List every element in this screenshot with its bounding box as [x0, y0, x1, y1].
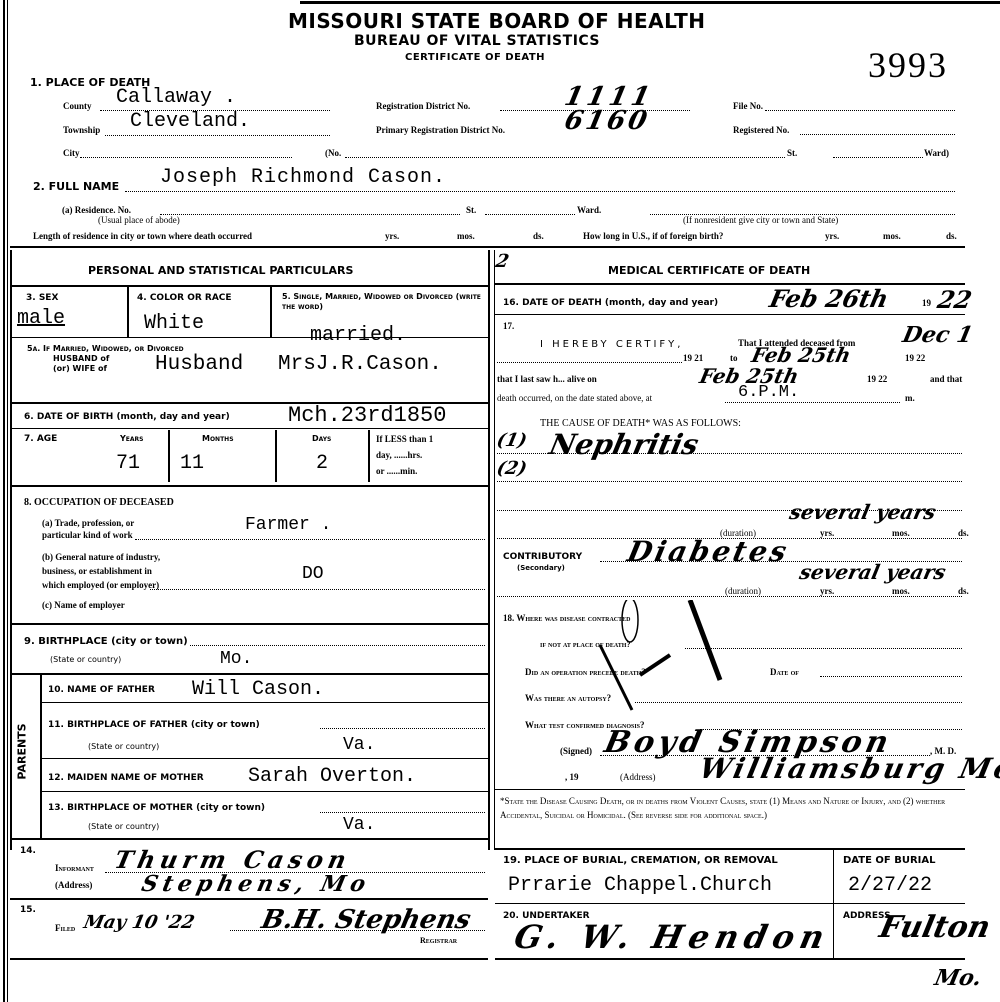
age-years-label: Years — [120, 434, 143, 443]
marital-label: 5. Single, Married, Widowed or Divorced … — [282, 292, 482, 312]
occurred-label: death occurred, on the date stated above… — [497, 393, 652, 403]
registration-district-label: Registration District No. — [376, 101, 470, 111]
rule-mother-name — [40, 791, 488, 792]
father-birthplace-line — [320, 728, 485, 729]
cause-2-line — [497, 481, 962, 482]
cause-2-num: (2) — [495, 458, 529, 479]
mother-name-label: 12. MAIDEN NAME OF MOTHER — [48, 773, 204, 783]
certificate-number: 3993 — [868, 44, 948, 86]
burial-date-value: 2/27/22 — [848, 874, 932, 897]
less-than-day-1: If LESS than 1 — [376, 434, 433, 444]
age-label: 7. AGE — [24, 434, 57, 444]
age-days-label: Days — [312, 434, 331, 443]
rule-father-name — [40, 702, 488, 703]
nineteen-label: , 19 — [565, 772, 579, 782]
file-no-line — [765, 110, 955, 111]
duration-primary-yrs: yrs. — [820, 528, 834, 538]
trade-value: Farmer . — [245, 515, 331, 535]
physician-address-label: (Address) — [620, 772, 656, 782]
date-of-death-year-prefix: 19 — [922, 298, 931, 308]
rule-physician — [495, 789, 965, 790]
foreign-yrs: yrs. — [825, 231, 839, 241]
spouse-name: MrsJ.R.Cason. — [278, 353, 442, 376]
filed-num: 15. — [20, 905, 36, 915]
center-col-border — [488, 250, 490, 850]
duration-secondary-yrs: yrs. — [820, 586, 834, 596]
rule-birthplace — [10, 673, 488, 675]
rule-date-of-death — [495, 314, 965, 315]
duration-secondary: several years — [797, 560, 948, 584]
mother-birthplace-line — [320, 812, 485, 813]
residence-ward-label: Ward. — [577, 205, 601, 215]
time-line — [725, 402, 900, 403]
informant-label: Informant — [55, 863, 94, 873]
last-saw-label: that I last saw h... alive on — [497, 374, 597, 384]
township-line — [105, 135, 330, 136]
time-m: m. — [905, 393, 915, 403]
industry-label-1: (b) General nature of industry, — [42, 552, 160, 562]
last-saw-year: 19 22 — [867, 374, 887, 384]
secondary-label: (Secondary) — [517, 564, 565, 572]
registrar-label: Registrar — [420, 936, 457, 945]
residence-label: (a) Residence. No. — [62, 205, 131, 215]
rule-burial — [495, 903, 965, 904]
nonresident-note: (If nonresident give city or town and St… — [683, 215, 838, 225]
birthplace-line — [190, 645, 485, 646]
foreign-birth-label: How long in U.S., if of foreign birth? — [583, 231, 723, 241]
industry-label-3: which employed (or employer) — [42, 580, 159, 590]
full-name-label: 2. FULL NAME — [33, 180, 119, 193]
registrar-signature: B.H. Stephens — [259, 905, 474, 935]
foreign-mos: mos. — [883, 231, 901, 241]
registered-no-label: Registered No. — [733, 125, 789, 135]
to-year: 19 22 — [905, 353, 925, 363]
page-left-border — [3, 0, 5, 1002]
primary-registration-value: 6160 — [562, 106, 653, 136]
rule-age — [10, 485, 488, 487]
page-left-border-inner — [7, 0, 8, 1002]
duration-secondary-ds: ds. — [958, 586, 969, 596]
city-line — [80, 157, 292, 158]
county-value: Callaway . — [116, 86, 236, 109]
rule-father-birthplace — [40, 758, 488, 759]
city-st-label: St. — [787, 148, 797, 158]
informant-num: 14. — [20, 846, 36, 856]
rule-medical-title — [495, 283, 965, 285]
industry-line — [150, 589, 485, 590]
contributory-label: CONTRIBUTORY — [503, 552, 582, 562]
less-than-day-3: or ......min. — [376, 466, 417, 476]
right-col-border — [494, 250, 495, 850]
parents-divider — [40, 673, 42, 838]
operation-date-line — [820, 676, 962, 677]
township-label: Township — [63, 125, 100, 135]
less-than-day-2: day, ......hrs. — [376, 450, 422, 460]
undertaker-address: Fulton — [876, 910, 993, 945]
father-name-label: 10. NAME OF FATHER — [48, 685, 155, 695]
form-doc-type: CERTIFICATE OF DEATH — [405, 52, 545, 63]
duration-primary: several years — [787, 500, 938, 524]
undertaker-signature: G. W. Hendon — [511, 918, 834, 956]
city-label: City — [63, 148, 80, 158]
rule-dob — [10, 428, 488, 429]
top-rule — [300, 1, 1000, 4]
race-value: White — [144, 312, 204, 335]
duration-primary-mos: mos. — [892, 528, 910, 538]
undertaker-address-state: Mo. — [932, 965, 984, 991]
trade-label-1: (a) Trade, profession, or — [42, 518, 134, 528]
operation-date-label: Date of — [770, 667, 799, 677]
rule-after-name — [10, 246, 965, 248]
sex-divider — [127, 285, 129, 337]
age-divider-1 — [168, 430, 170, 482]
medical-section-title: MEDICAL CERTIFICATE OF DEATH — [608, 264, 810, 277]
city-ward-line — [833, 157, 923, 158]
age-years-value: 71 — [116, 452, 140, 475]
father-birthplace-label: 11. BIRTHPLACE OF FATHER (city or town) — [48, 720, 260, 730]
registered-no-line — [800, 134, 955, 135]
residence-st-label: St. — [466, 205, 476, 215]
attended-from: Dec 1 — [900, 322, 975, 348]
residence-sublabel: (Usual place of abode) — [98, 215, 180, 225]
city-no-label: (No. — [325, 148, 341, 158]
rule-parents-bottom — [10, 838, 488, 840]
dob-label: 6. DATE OF BIRTH (month, day and year) — [24, 412, 230, 422]
burial-place-value: Prrarie Chappel.Church — [508, 874, 772, 897]
item17: 17. — [503, 321, 514, 331]
medical-corner-mark: 2 — [494, 251, 511, 272]
age-divider-3 — [368, 430, 370, 482]
filed-date: May 10 '22 — [82, 912, 197, 933]
length-residence-label: Length of residence in city or town wher… — [33, 231, 252, 241]
spouse-label-3: (or) WIFE of — [53, 364, 107, 373]
birthplace-state-value: Mo. — [220, 649, 252, 669]
rule-footnote — [495, 848, 965, 850]
contributory-value: Diabetes — [624, 535, 792, 568]
date-of-death-label: 16. DATE OF DEATH (month, day and year) — [503, 298, 718, 308]
physician-address: Williamsburg Mo — [696, 752, 1000, 785]
cause-1-line — [497, 453, 962, 454]
spouse-label-1: 5a. If Married, Widowed, or Divorced — [27, 344, 184, 353]
length-mos: mos. — [457, 231, 475, 241]
township-value: Cleveland. — [130, 110, 250, 133]
duration-primary-ds: ds. — [958, 528, 969, 538]
rule-informant — [10, 898, 488, 900]
rule-personal-title — [10, 285, 488, 287]
sex-label: 3. SEX — [26, 293, 58, 303]
residence-st-line — [485, 214, 575, 215]
from-year: 19 21 — [683, 353, 703, 363]
age-months-label: Months — [202, 434, 234, 443]
length-yrs: yrs. — [385, 231, 399, 241]
race-divider — [270, 285, 272, 337]
age-days-value: 2 — [316, 452, 328, 475]
mother-state-value: Va. — [343, 815, 375, 835]
marital-value: married. — [310, 324, 406, 347]
cause-1-num: (1) — [495, 430, 529, 451]
signed-label: (Signed) — [560, 746, 592, 756]
age-months-value: 11 — [180, 452, 204, 475]
primary-registration-label: Primary Registration District No. — [376, 125, 505, 135]
full-name-line — [125, 191, 955, 192]
personal-section-title: PERSONAL AND STATISTICAL PARTICULARS — [88, 264, 353, 277]
dob-value: Mch.23rd1850 — [288, 403, 446, 428]
length-ds: ds. — [533, 231, 544, 241]
date-of-death-value: Feb 26th — [767, 284, 891, 313]
cause-1-value: Nephritis — [546, 428, 701, 461]
foreign-ds: ds. — [946, 231, 957, 241]
to-label: to — [730, 353, 738, 363]
father-state-label: (State or country) — [88, 742, 159, 751]
race-label: 4. COLOR OR RACE — [137, 293, 232, 303]
birthplace-label: 9. BIRTHPLACE (city or town) — [24, 636, 188, 647]
city-ward-label: Ward) — [924, 148, 949, 158]
certify-lead: I HEREBY CERTIFY, — [540, 339, 683, 350]
form-subtitle: BUREAU OF VITAL STATISTICS — [354, 33, 600, 49]
informant-name: Thurm Cason — [112, 845, 354, 874]
father-state-value: Va. — [343, 735, 375, 755]
city-no-line — [345, 157, 785, 158]
footnote: *State the Disease Causing Death, or in … — [500, 794, 965, 822]
occupation-label: 8. OCCUPATION OF DECEASED — [24, 497, 174, 508]
full-name-value: Joseph Richmond Cason. — [160, 166, 446, 189]
parents-side-label: PARENTS — [16, 723, 29, 779]
filed-label: Filed — [55, 923, 75, 933]
father-name-value: Will Cason. — [192, 678, 324, 701]
form-title: MISSOURI STATE BOARD OF HEALTH — [288, 9, 705, 33]
rule-undertaker — [495, 958, 965, 960]
mother-state-label: (State or country) — [88, 822, 159, 831]
spouse-relation: Husband — [155, 353, 243, 376]
trade-label-2: particular kind of work — [42, 530, 133, 540]
date-of-death-year: 22 — [935, 285, 975, 314]
time-value: 6.P.M. — [738, 383, 799, 402]
industry-label-2: business, or establishment in — [42, 566, 152, 576]
rule-occupation — [10, 623, 488, 625]
trade-line — [135, 539, 485, 540]
sex-value: male — [17, 307, 65, 330]
burial-date-label: DATE OF BURIAL — [843, 855, 936, 866]
checkmark-stroke-icon — [590, 600, 740, 720]
and-that: and that — [930, 374, 962, 384]
file-no-label: File No. — [733, 101, 763, 111]
informant-address-label: (Address) — [55, 880, 92, 890]
age-divider-2 — [275, 430, 277, 482]
industry-value: DO — [302, 564, 324, 584]
mother-birthplace-label: 13. BIRTHPLACE OF MOTHER (city or town) — [48, 803, 265, 813]
informant-address: Stephens, Mo — [139, 871, 373, 897]
employer-label: (c) Name of employer — [42, 600, 125, 610]
rule-filed — [10, 958, 488, 960]
county-label: County — [63, 101, 92, 111]
duration-secondary-line — [497, 596, 962, 597]
left-col-border — [10, 250, 12, 850]
duration-secondary-mos: mos. — [892, 586, 910, 596]
duration-secondary-label: (duration) — [725, 586, 761, 596]
mother-name-value: Sarah Overton. — [248, 765, 416, 788]
rule-sex-row — [10, 337, 488, 338]
burial-place-label: 19. PLACE OF BURIAL, CREMATION, OR REMOV… — [503, 855, 778, 866]
birthplace-state-label: (State or country) — [50, 655, 121, 664]
attended-from-line — [497, 362, 682, 363]
spouse-label-2: HUSBAND of — [53, 354, 109, 363]
residence-line — [160, 214, 460, 215]
